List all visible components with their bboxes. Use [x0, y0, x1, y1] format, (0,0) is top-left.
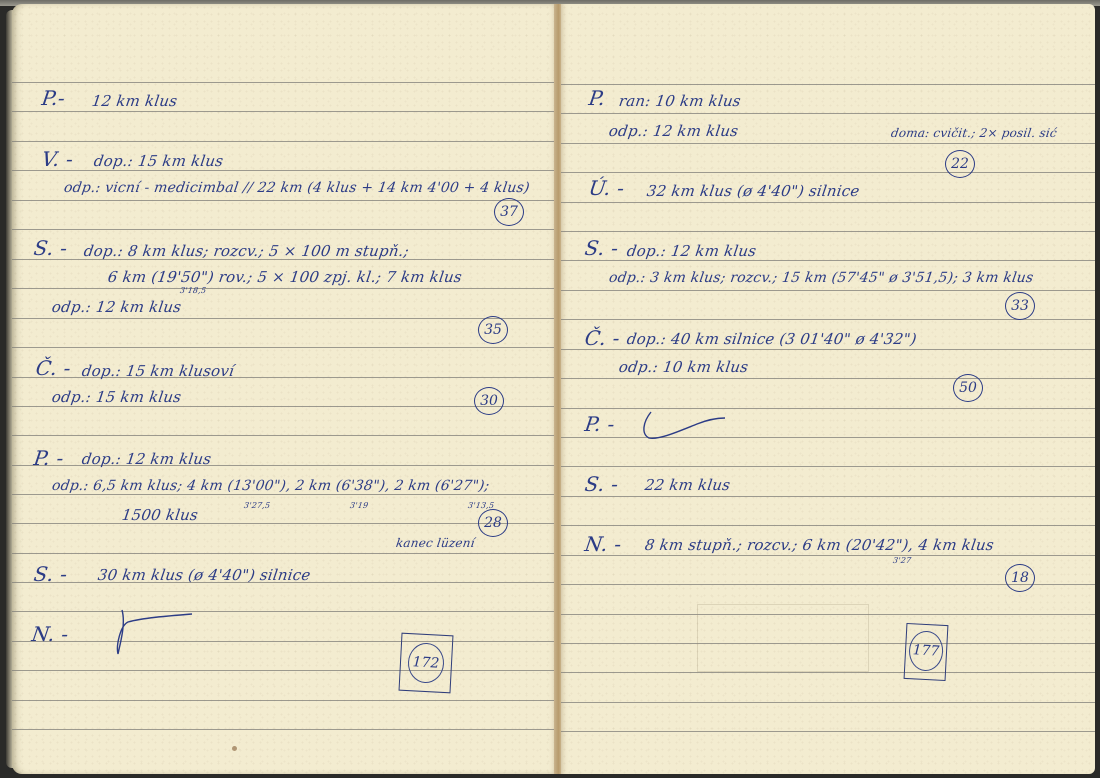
entry-line: odp.: 12 km klus	[51, 298, 183, 316]
day-label: S. -	[583, 236, 620, 260]
ruled-line	[561, 202, 1095, 203]
daily-total: 30	[474, 387, 504, 415]
ruled-line	[561, 231, 1095, 232]
entry-line: odp.: 3 km klus; rozcv.; 15 km (57'45" ø…	[608, 270, 1035, 286]
ruled-line	[561, 113, 1095, 114]
day-label: N. -	[583, 532, 623, 556]
day-label: V. -	[40, 147, 75, 171]
day-label: Č. -	[583, 326, 621, 350]
ruled-line	[561, 172, 1095, 173]
entry-line: 12 km klus	[91, 92, 179, 110]
entry-line: 30 km klus (ø 4'40") silnice	[97, 566, 312, 584]
ruled-line	[561, 525, 1095, 526]
day-label: P.-	[40, 86, 66, 110]
ruled-line	[12, 523, 556, 524]
entry-line: odp.: vicní - medicimbal // 22 km (4 klu…	[63, 180, 531, 196]
ruled-line	[12, 553, 556, 554]
entry-line: dop.: 15 km klusoví	[81, 362, 236, 380]
ruled-line	[561, 731, 1095, 732]
ruled-line	[561, 378, 1095, 379]
entry-line: 6 km (19'50") rov.; 5 × 100 zpj. kl.; 7 …	[107, 268, 463, 286]
ruled-line	[561, 555, 1095, 556]
week-total-box: 177	[904, 623, 949, 681]
ruled-line	[12, 670, 556, 671]
daily-total: 37	[494, 198, 524, 226]
ruled-line	[12, 435, 556, 436]
side-note: doma: cvičit.; 2× posil. sić	[890, 126, 1058, 140]
entry-line: dop.: 12 km klus	[626, 242, 758, 260]
daily-total: 50	[953, 374, 983, 402]
ruled-line	[12, 288, 556, 289]
pace-note: 3'18,5	[179, 286, 207, 295]
ruled-line	[561, 672, 1095, 673]
week-total-box: 172	[399, 633, 454, 694]
ruled-line	[12, 111, 556, 112]
day-label: P. -	[32, 446, 65, 470]
ruled-line	[12, 170, 556, 171]
entry-line: dop.: 12 km klus	[81, 450, 213, 468]
day-label: N. -	[30, 622, 70, 646]
ruled-line	[12, 200, 556, 201]
day-label: Ú. -	[587, 176, 626, 200]
right-page: P. ran: 10 km klus odp.: 12 km klus doma…	[561, 4, 1095, 774]
ruled-line	[561, 702, 1095, 703]
entry-line: 32 km klus (ø 4'40") silnice	[646, 182, 861, 200]
entry-line: odp.: 12 km klus	[608, 122, 740, 140]
daily-total: 22	[945, 150, 975, 178]
daily-total: 33	[1005, 292, 1035, 320]
day-label: S. -	[583, 472, 620, 496]
rest-day-mark	[112, 604, 202, 664]
pace-note: 3'27	[892, 556, 912, 565]
week-total: 177	[908, 630, 944, 672]
ruled-line	[12, 700, 556, 701]
left-page: P.- 12 km klus V. - dop.: 15 km klus odp…	[12, 4, 556, 774]
ruled-line	[12, 729, 556, 730]
day-label: S. -	[32, 236, 69, 260]
ruled-line	[12, 141, 556, 142]
ruled-line	[12, 318, 556, 319]
pace-note: 3'19	[349, 501, 369, 510]
ruled-line	[561, 260, 1095, 261]
day-label: S. -	[32, 562, 69, 586]
ruled-line	[12, 229, 556, 230]
ruled-line	[561, 496, 1095, 497]
day-label: P.	[587, 86, 607, 110]
ruled-line	[12, 494, 556, 495]
daily-total: 35	[478, 316, 508, 344]
ruled-line	[561, 290, 1095, 291]
ruled-line	[12, 611, 556, 612]
entry-line: 1500 klus	[121, 506, 200, 524]
pace-note: 3'27,5	[243, 501, 271, 510]
ruled-line	[561, 349, 1095, 350]
entry-line: 22 km klus	[644, 476, 732, 494]
entry-line: ran: 10 km klus	[618, 92, 742, 110]
ruled-line	[561, 143, 1095, 144]
daily-total: 28	[478, 509, 508, 537]
daily-total: 18	[1005, 564, 1035, 592]
week-total: 172	[407, 642, 445, 684]
ruled-line	[12, 347, 556, 348]
ruled-line	[561, 466, 1095, 467]
entry-line: dop.: 15 km klus	[93, 152, 225, 170]
entry-line: odp.: 15 km klus	[51, 388, 183, 406]
entry-line: 8 km stupň.; rozcv.; 6 km (20'42"), 4 km…	[644, 536, 995, 554]
ruled-line	[12, 641, 556, 642]
paper-stain	[232, 746, 237, 751]
margin-note: kanec lüzení	[395, 536, 476, 550]
day-label: P. -	[583, 412, 616, 436]
entry-line: dop.: 40 km silnice (3 01'40" ø 4'32")	[626, 330, 918, 348]
entry-line: dop.: 8 km klus; rozcv.; 5 × 100 m stupň…	[83, 242, 411, 260]
entry-line: odp.: 10 km klus	[618, 358, 750, 376]
day-label: Č. -	[34, 356, 72, 380]
bleed-through-mark	[697, 604, 869, 672]
ruled-line	[12, 82, 556, 83]
rest-day-mark	[637, 408, 727, 444]
entry-line: odp.: 6,5 km klus; 4 km (13'00"), 2 km (…	[51, 478, 491, 494]
ruled-line	[561, 84, 1095, 85]
